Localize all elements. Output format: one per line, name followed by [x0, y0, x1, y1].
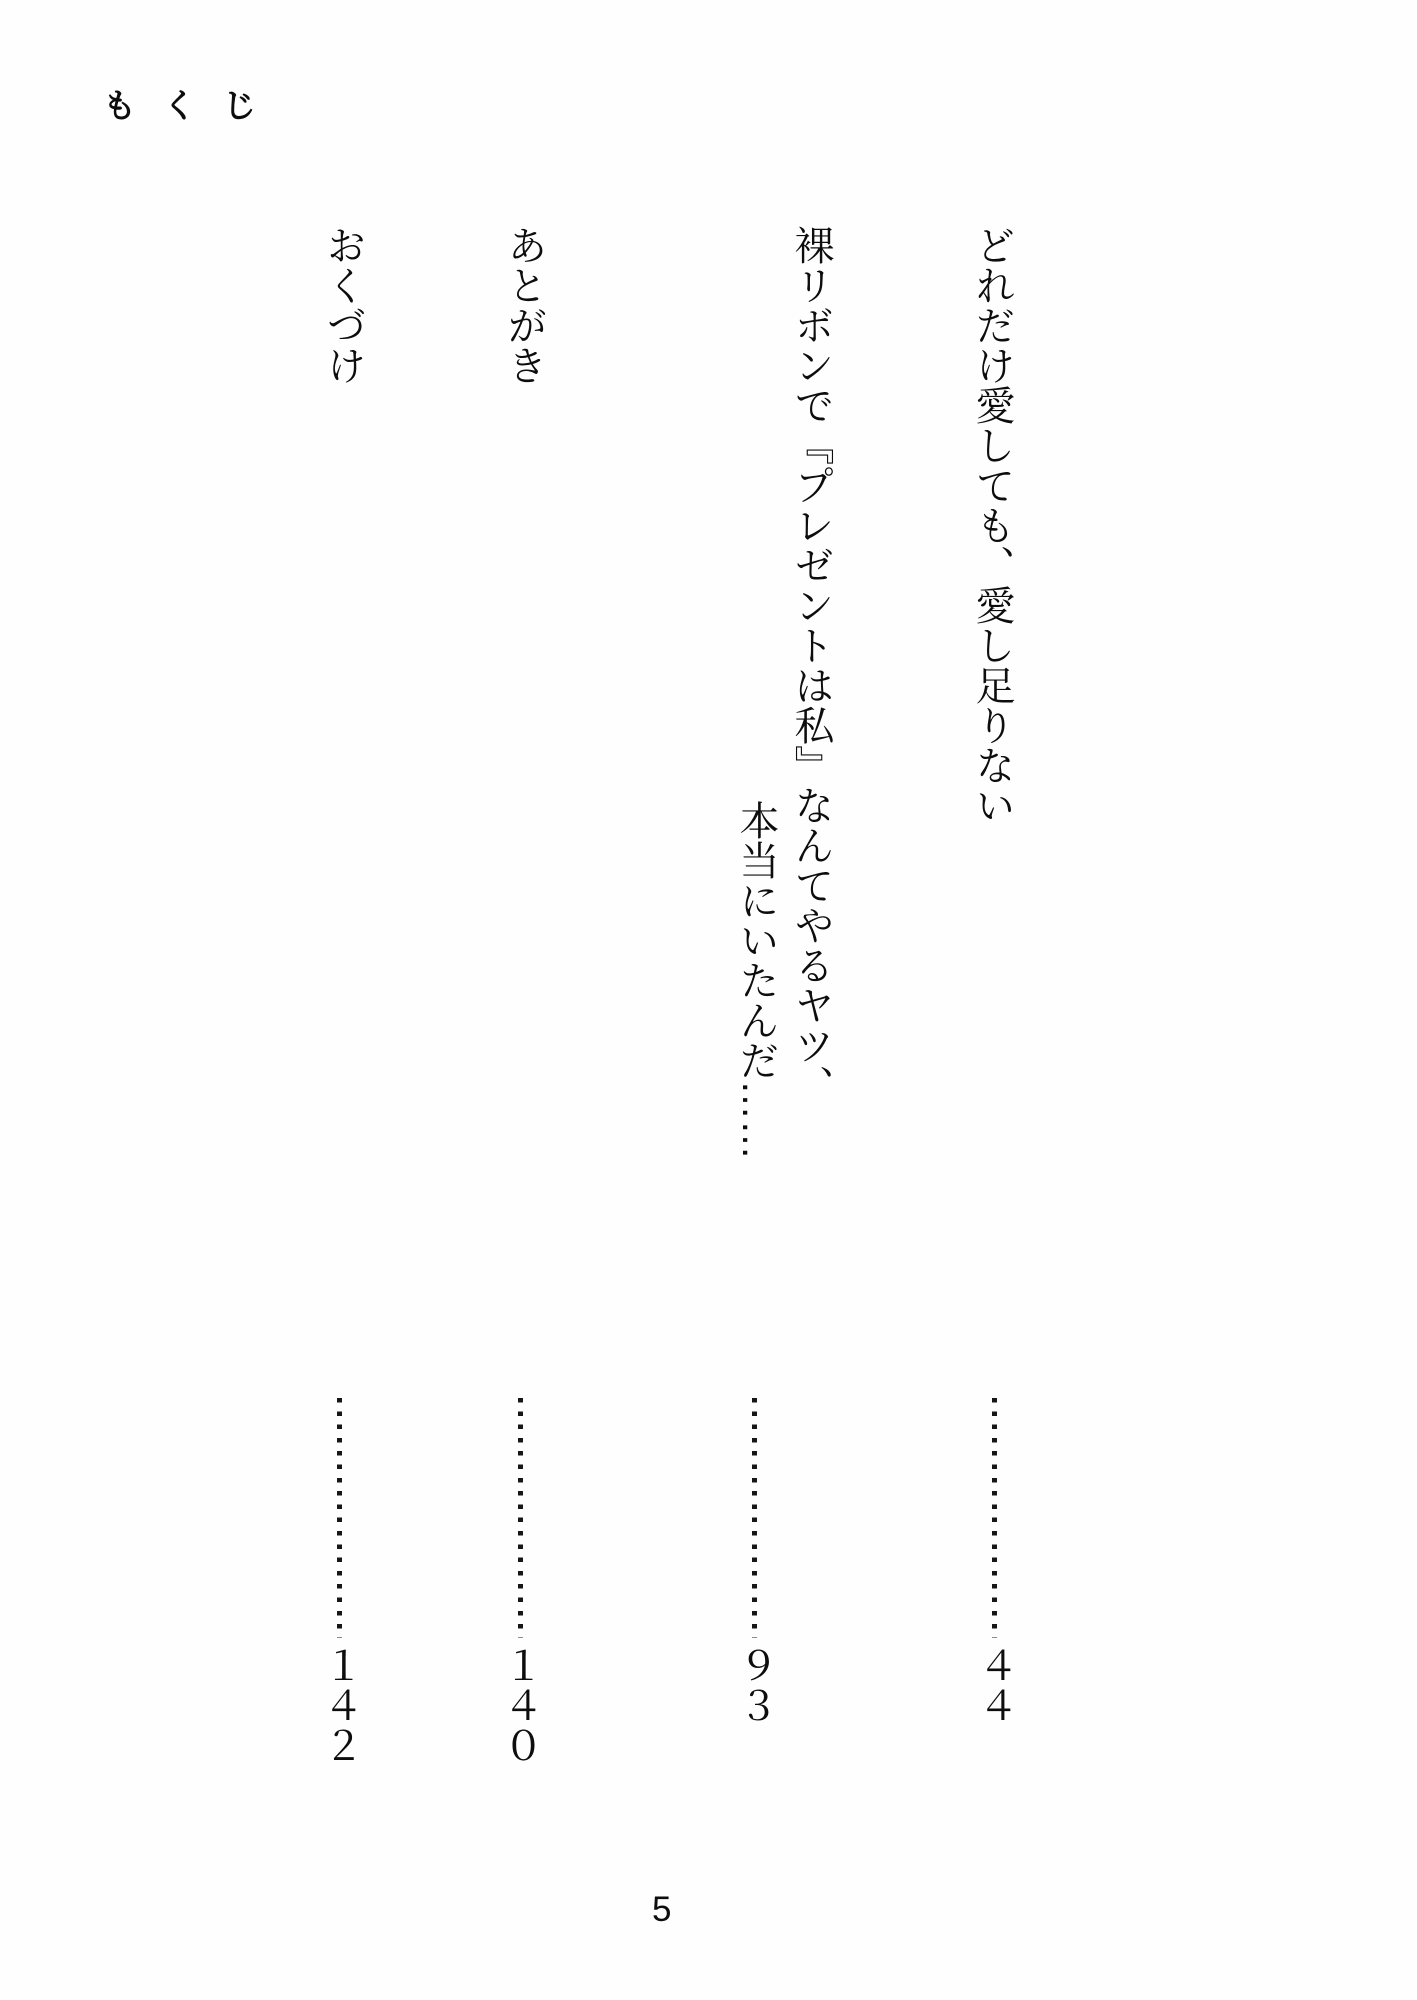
dotted-leader — [752, 1398, 757, 1638]
dotted-leader — [337, 1398, 342, 1638]
toc-entry-title: おくづけ — [322, 225, 364, 385]
toc-entry-title: あとがき — [503, 225, 545, 385]
toc-entry-title-line1: 裸リボンで『プレゼントは私』なんてやるヤツ、 — [790, 225, 832, 1105]
toc-entry-page-number: １４２ — [320, 1645, 360, 1765]
toc-entry-page-number: ４４ — [975, 1645, 1015, 1725]
toc-entry-page-number: ９３ — [735, 1645, 775, 1725]
folio-page-number: 5 — [652, 1890, 671, 1930]
toc-entry-page-number: １４０ — [500, 1645, 540, 1765]
dotted-leader — [518, 1398, 523, 1638]
toc-page: もくじ どれだけ愛しても、愛し足りない ４４ 裸リボンで『プレゼントは私』なんて… — [0, 0, 1417, 2000]
toc-entry-title: どれだけ愛しても、愛し足りない — [971, 225, 1013, 825]
dotted-leader — [992, 1398, 997, 1638]
toc-title: もくじ — [103, 80, 283, 127]
toc-entry-title-line2: 本当にいたんだ…… — [735, 800, 777, 1160]
